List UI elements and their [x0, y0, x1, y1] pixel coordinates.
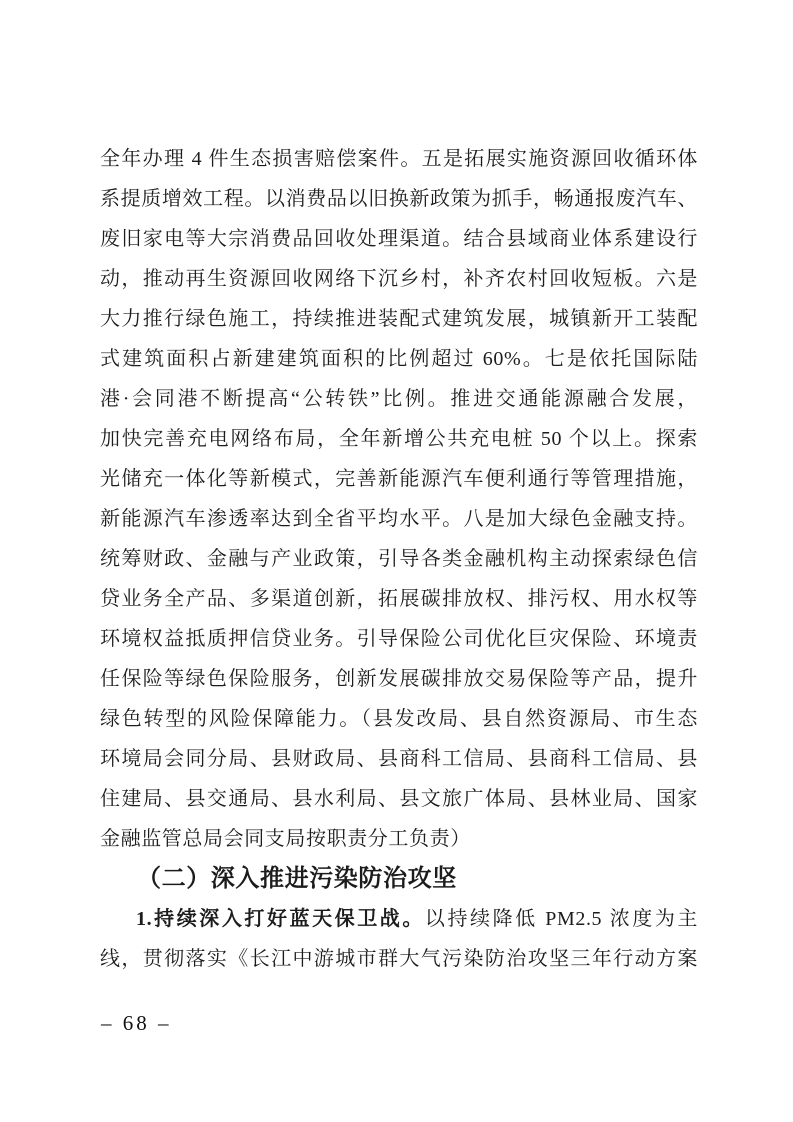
body-line: 光储充一体化等新模式，完善新能源汽车便利通行等管理措施， [100, 459, 698, 499]
body-line: 线，贯彻落实《长江中游城市群大气污染防治攻坚三年行动方案 [100, 939, 698, 979]
body-line: 贷业务全产品、多渠道创新，拓展碳排放权、排污权、用水权等 [100, 579, 698, 619]
body-line: 任保险等绿色保险服务，创新发展碳排放交易保险等产品，提升 [100, 659, 698, 699]
body-line: 全年办理 4 件生态损害赔偿案件。五是拓展实施资源回收循环体 [100, 139, 698, 179]
body-line: 港·会同港不断提高“公转铁”比例。推进交通能源融合发展， [100, 379, 698, 419]
item-lead-bold-text: 1.持续深入打好蓝天保卫战。 [136, 908, 425, 930]
body-line: 大力推行绿色施工，持续推进装配式建筑发展，城镇新开工装配 [100, 299, 698, 339]
text-block: 全年办理 4 件生态损害赔偿案件。五是拓展实施资源回收循环体 系提质增效工程。以… [100, 139, 698, 979]
body-line: 新能源汽车渗透率达到全省平均水平。八是加大绿色金融支持。 [100, 499, 698, 539]
section-heading: （二）深入推进污染防治攻坚 [100, 859, 698, 899]
body-line: 住建局、县交通局、县水利局、县文旅广体局、县林业局、国家 [100, 779, 698, 819]
body-line: 绿色转型的风险保障能力。（县发改局、县自然资源局、市生态 [100, 699, 698, 739]
body-line-paragraph-end: 金融监管总局会同支局按职责分工负责） [100, 819, 698, 859]
body-line: 系提质增效工程。以消费品以旧换新政策为抓手，畅通报废汽车、 [100, 179, 698, 219]
body-line: 动，推动再生资源回收网络下沉乡村，补齐农村回收短板。六是 [100, 259, 698, 299]
body-line: 环境权益抵质押信贷业务。引导保险公司优化巨灾保险、环境责 [100, 619, 698, 659]
page-number: – 68 – [101, 1010, 172, 1036]
item-lead-regular-text: 以持续降低 PM2.5 浓度为主 [425, 908, 698, 930]
body-line: 加快完善充电网络布局，全年新增公共充电桩 50 个以上。探索 [100, 419, 698, 459]
body-line: 统筹财政、金融与产业政策，引导各类金融机构主动探索绿色信 [100, 539, 698, 579]
body-line: 式建筑面积占新建建筑面积的比例超过 60%。七是依托国际陆 [100, 339, 698, 379]
numbered-item-lead-line: 1.持续深入打好蓝天保卫战。以持续降低 PM2.5 浓度为主 [100, 899, 698, 939]
body-line: 废旧家电等大宗消费品回收处理渠道。结合县域商业体系建设行 [100, 219, 698, 259]
body-line: 环境局会同分局、县财政局、县商科工信局、县商科工信局、县 [100, 739, 698, 779]
document-page: 全年办理 4 件生态损害赔偿案件。五是拓展实施资源回收循环体 系提质增效工程。以… [0, 0, 793, 1122]
